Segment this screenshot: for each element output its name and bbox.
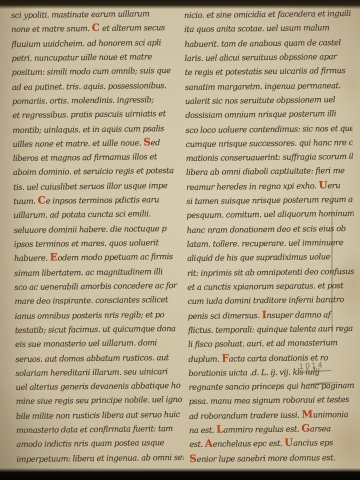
text-segment: mationis conseruauerint: suffragia scoru… [186,152,353,163]
text-line: mare deo inspirante. consciantes scilice… [14,293,181,309]
text-segment: monasterio data et confirmata fuerit: ta… [16,424,173,435]
text-segment: seluuore dominii habere. die noctuque p [14,224,167,235]
text-segment: penis sci dimersus. [188,311,262,321]
pencil-note-text: 1014 [299,360,325,371]
text-segment: petri. nuncupatur uille noue et matre [12,52,152,63]
text-segment: pomariis. ortis. molendinis. ingressib; [12,95,154,106]
text-segment: ancius eps [293,439,333,448]
text-segment: reamur heredes in regno xpi exho. [186,181,319,192]
text-line: imperpetuum: libera et ingenua. ab omni … [16,451,183,467]
text-segment: uel alterius generis devanenis abbatique… [16,381,181,392]
text-line: tuum. Ce inpsos terminos pdictis earu [13,193,180,209]
text-segment: liberos et magnos ad firmamus illos et [13,152,157,163]
text-segment: rit: inprimis sit ab omnipotenti deo con… [187,267,354,278]
text-line: ad ea putinet. tris. aquis. possessionib… [12,79,179,95]
text-segment: enchelaus epc est. [213,439,285,449]
text-column-right: nicio. et sine omicidia et facendera et … [184,7,357,467]
text-segment: enior lupe sanebri more domnus est. [197,453,336,464]
text-segment: unimonia [313,410,348,419]
text-segment: nicio. et sine omicidia et facendera et … [184,9,351,20]
text-segment: est. [189,440,205,449]
text-line: te regis et potestatis seu uicariis ad f… [185,64,352,80]
text-segment: dossisiam omnium nrisque posterum illi [185,109,336,120]
text-segment: ad roborandum tradere iussi. [189,410,302,420]
text-segment: arsea [310,424,331,433]
text-segment: libera ab omni diaboli captiuitate: fier… [186,166,345,177]
text-segment: aboim dominio. et seruicio regis et pote… [13,166,174,177]
text-segment: e inpsos terminos pdictis earu [46,195,160,205]
text-segment: tis. uel cuiuslibet seruos illor usque i… [13,181,167,192]
rubric-initial: S [143,137,150,148]
text-segment: habuere. [14,254,50,263]
text-segment: laris. uel alicui seruituus obpssione ap… [185,52,337,63]
text-segment: et alterum secus [100,23,165,33]
text-line: positum: simili modo cum omnib; suis que [12,64,179,80]
text-line: testatib; sicut facimus. ut quicumque do… [15,322,182,338]
text-segment: cum iuda domini traditore inferni baratr… [188,295,344,306]
text-segment: pesquum. comitum. uel aliquorum hominum [186,209,353,220]
rubric-initial: C [92,23,100,34]
text-segment: seruos. aut domos abbatum rusticos. aut [15,353,169,364]
text-segment: habuerit. tam de anabous quam de castel [184,38,340,49]
text-line: dossisiam omnium nrisque posterum illi [185,107,352,123]
text-segment: hanc nram donationem deo et scis eius ob [187,224,346,235]
text-segment: ualerit sic nos seruitute obpssionem uel [185,95,335,106]
text-segment: na est. [189,426,216,435]
text-segment: tuum. [13,197,38,206]
text-segment: li fisco psoluat. auri. et ad monasteriu… [188,338,338,349]
manuscript-page: sci ypoliti. mastinate earum uillarumnon… [0,0,360,480]
text-segment: te regis et potestatis seu uicariis ad f… [185,66,346,77]
text-segment: eru [327,181,340,190]
text-segment: pssa. manu mea signum roboraui et testes [189,395,349,406]
text-segment: sco loco uoluere contendimus: sic nos et… [185,123,352,134]
text-segment: nsuper damno af [267,310,331,320]
text-segment: montib; uinlaquis. et in aquis cum psali… [12,124,164,135]
text-segment: sci ypoliti. mastinate earum uillarum [11,9,150,20]
text-segment: uillarum. ad potata cuncta sci emilii. [13,210,150,221]
text-segment: et a cunctis xpianorum separatus. et pos… [187,281,343,292]
text-segment: fluuium uuidcheim. ad honorem sci apli [11,38,161,49]
photo-edge-bottom [0,468,360,480]
pencil-annotation: 1014 [299,360,332,373]
text-segment: positum: simili modo cum omnib; suis que [12,66,171,77]
text-segment: sanatim margaretm. ingenua permaneat. [185,81,341,92]
text-segment: none et matre snum. [11,24,92,34]
text-line: none et matre snum. C et alterum secus [11,21,178,37]
text-line: ita quos anita scotae. uel usum malum [184,21,351,37]
text-segment: aliquid de his que supradiximus uolue [187,253,330,264]
text-segment: odem modo ppetuam ac firmis [57,252,172,262]
text-segment: bile milite non rusticis libera aut seru… [16,410,180,421]
text-line: amodo indictis nris quam postea usque [16,436,183,452]
text-segment: ianus omnibus posteris nris regib; et po [15,310,165,321]
text-segment: ita quos anita scotae. uel usum malum [184,24,329,35]
text-column-left: sci ypoliti. mastinate earum uillarumnon… [11,7,184,467]
rubric-initial: M [302,409,313,420]
text-segment: si tamen suisque nrisque posterum regum … [186,195,353,206]
text-line: pesquum. comitum. uel aliquorum hominum [186,207,353,223]
text-segment: flictus. temporali: quinque talenta auri… [188,324,353,335]
text-segment: mine siue regis seu principe nobile. uel… [16,395,182,406]
rubric-initial: G [301,424,310,435]
text-segment: amodo indictis nris quam postea usque [16,439,164,450]
text-segment: duplum. [188,354,221,363]
text-line: ad roborandum tradere iussi. Munimonia [189,408,356,424]
text-line: et regressibus. pratis pascuis uirniatis… [12,107,179,123]
text-segment: et regressibus. pratis pascuis uirniatis… [12,109,166,120]
rubric-initial: U [284,438,293,449]
text-segment: solariam hereditarii illarum. seu uinica… [15,367,167,378]
text-line: aliquid de his que supradiximus uolue [187,250,354,266]
text-segment: uilles none et matre. et uille noue. [13,138,144,149]
rubric-initial: E [50,253,58,264]
text-line: fluuium uuidcheim. ad honorem sci apli [11,36,178,52]
text-line: cum iuda domini traditore inferni baratr… [187,293,354,309]
text-segment: eis sue monasterio uel uillarum. domi [15,338,157,349]
text-segment: imperpetuum: libera et ingenua. ab omni … [16,453,183,464]
text-segment: mare deo inspirante. consciantes scilice… [15,295,169,306]
text-segment: ad ea putinet. tris. aquis. possessionib… [12,81,167,92]
text-segment: ed [151,138,160,147]
text-line: est. Aenchelaus epc est. Uancius eps [189,436,356,452]
text-segment: cumque nrisque successores. qui hanc nre… [186,138,353,149]
text-segment: simam libertatem. ac magnitudinem illi [14,267,163,278]
text-segment: ammiro regulus est. [223,425,301,435]
text-segment: latam. tollere. recuperare. uel imminuer… [187,238,343,249]
text-segment: sco ac uenerabili amorbis concedere ac f… [14,281,176,292]
text-segment: testatib; sicut facimus. ut quicumque do… [15,324,176,335]
text-segment: ipsos terminos et mares. quos uoluerit [14,238,159,249]
text-line: li fisco psoluat. auri. et ad monasteriu… [188,336,355,352]
text-line: habuere. Eodem modo ppetuam ac firmis [14,250,181,266]
text-line: Senior lupe sanebri more domnus est. [189,451,356,467]
